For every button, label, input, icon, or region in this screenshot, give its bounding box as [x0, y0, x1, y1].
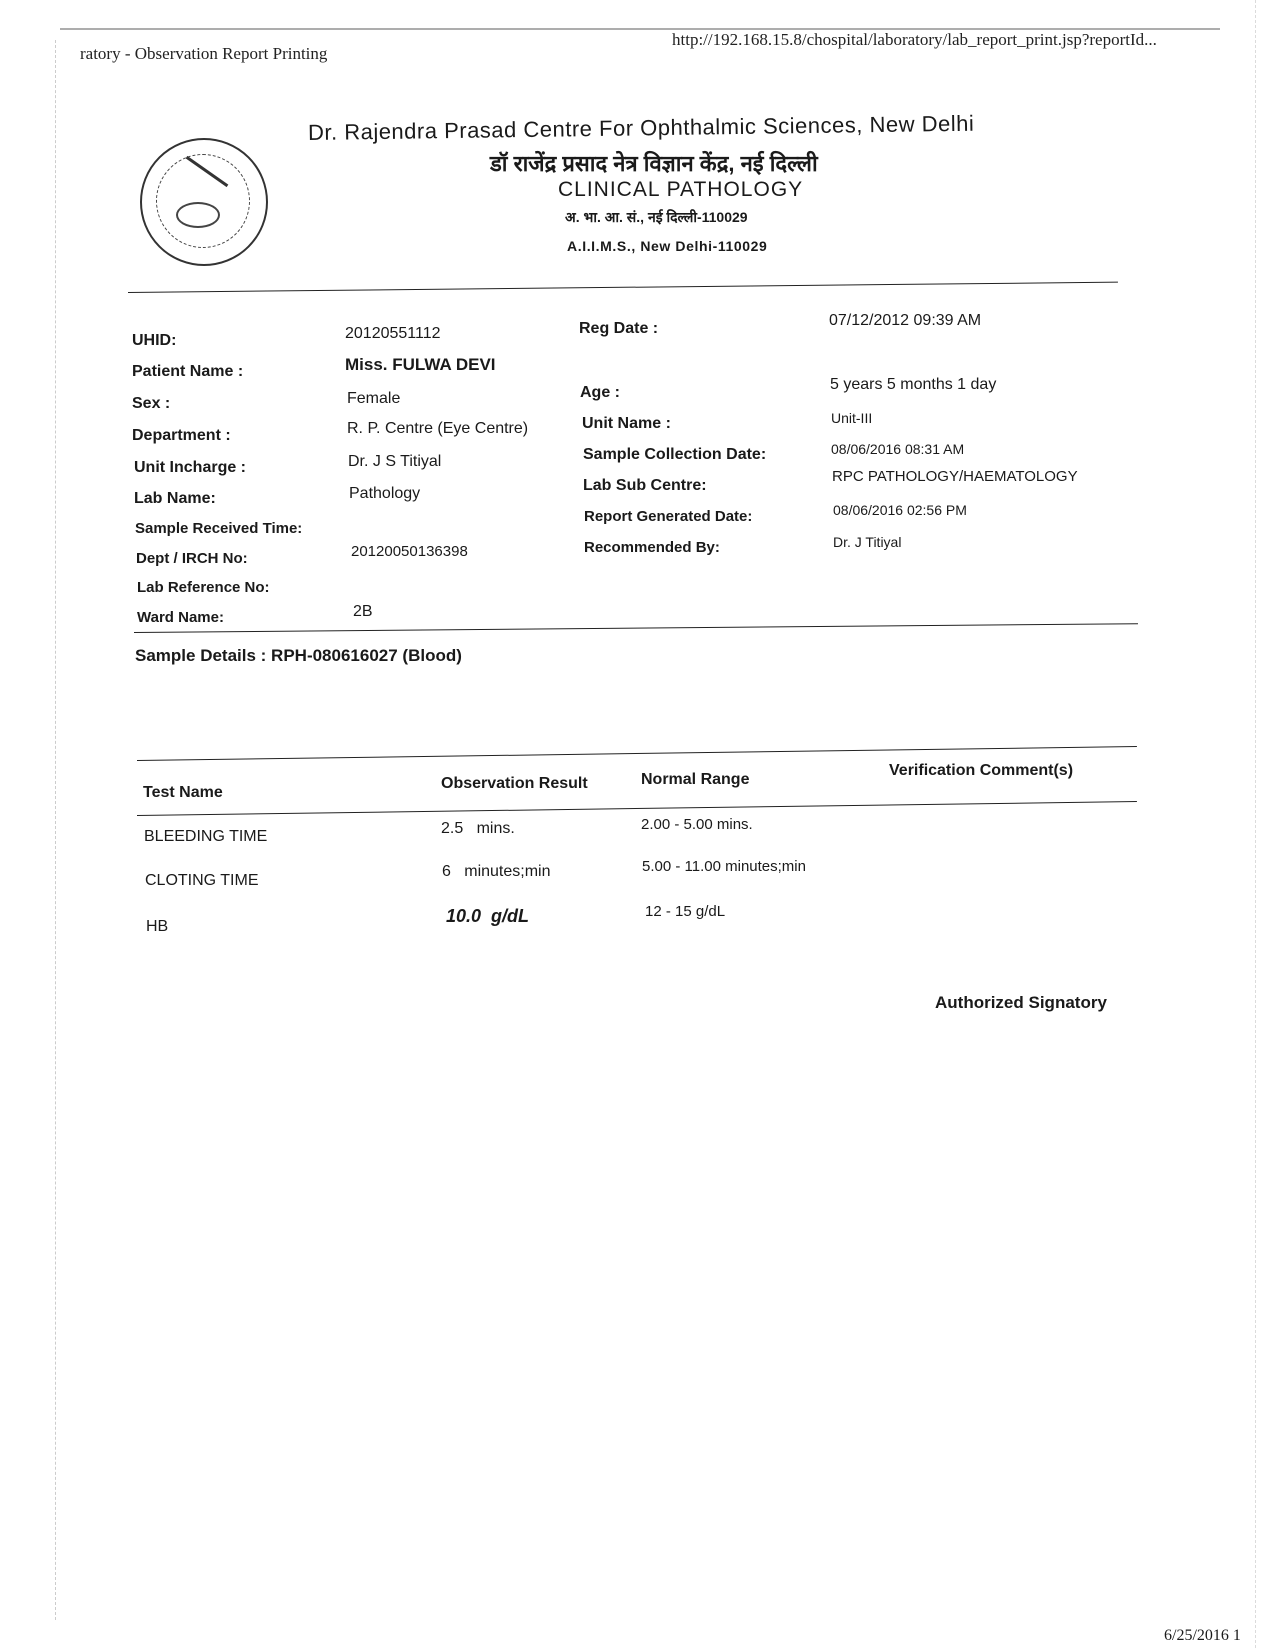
unit-incharge-value: Dr. J S Titiyal — [348, 453, 441, 471]
institute-seal-icon — [140, 138, 268, 266]
uhid-label: UHID: — [132, 332, 176, 350]
address-hindi: अ. भा. आ. सं., नई दिल्ली-110029 — [565, 208, 748, 227]
report-generated-date-label: Report Generated Date: — [584, 508, 752, 525]
test-name: BLEEDING TIME — [144, 828, 267, 846]
ward-name-value: 2B — [353, 603, 373, 621]
sex-label: Sex : — [132, 395, 170, 413]
department-value: R. P. Centre (Eye Centre) — [347, 420, 528, 438]
lab-sub-centre-label: Lab Sub Centre: — [583, 477, 707, 495]
browser-page-url: http://192.168.15.8/chospital/laboratory… — [672, 30, 1157, 50]
age-label: Age : — [580, 384, 620, 402]
sample-collection-date-label: Sample Collection Date: — [583, 446, 766, 464]
reg-date-value: 07/12/2012 09:39 AM — [829, 312, 981, 330]
normal-range: 5.00 - 11.00 minutes;min — [642, 858, 806, 875]
department-label: Department : — [132, 427, 231, 445]
normal-range: 2.00 - 5.00 mins. — [641, 816, 753, 833]
lab-sub-centre-value: RPC PATHOLOGY/HAEMATOLOGY — [832, 468, 1078, 485]
institution-name: Dr. Rajendra Prasad Centre For Ophthalmi… — [308, 111, 975, 146]
observation-result: 2.5 mins. — [441, 820, 515, 838]
uhid-value: 20120551112 — [345, 325, 441, 343]
table-top-rule — [137, 746, 1137, 761]
unit-name-value: Unit-III — [831, 410, 872, 426]
department-title: CLINICAL PATHOLOGY — [558, 178, 803, 202]
lab-reference-label: Lab Reference No: — [137, 579, 270, 596]
sex-value: Female — [347, 390, 400, 408]
dept-irch-value: 20120050136398 — [351, 543, 468, 560]
patient-info-divider — [134, 623, 1138, 633]
column-header-verification-comments: Verification Comment(s) — [889, 762, 1073, 780]
sample-received-time-label: Sample Received Time: — [135, 520, 302, 537]
sample-collection-date-value: 08/06/2016 08:31 AM — [831, 441, 964, 457]
lab-name-value: Pathology — [349, 485, 420, 503]
recommended-by-value: Dr. J Titiyal — [833, 534, 901, 550]
address: A.I.I.M.S., New Delhi-110029 — [567, 238, 767, 254]
column-header-normal-range: Normal Range — [641, 771, 749, 789]
reg-date-label: Reg Date : — [579, 320, 658, 338]
patient-name-value: Miss. FULWA DEVI — [345, 355, 496, 375]
recommended-by-label: Recommended By: — [584, 539, 720, 556]
observation-result: 6 minutes;min — [442, 863, 550, 881]
patient-name-label: Patient Name : — [132, 363, 243, 381]
institution-name-hindi: डॉ राजेंद्र प्रसाद नेत्र विज्ञान केंद्र,… — [490, 148, 818, 178]
test-name: HB — [146, 918, 168, 936]
ward-name-label: Ward Name: — [137, 609, 224, 626]
browser-page-title: ratory - Observation Report Printing — [80, 44, 327, 64]
authorized-signatory: Authorized Signatory — [935, 993, 1107, 1013]
page-left-edge — [55, 40, 58, 1620]
normal-range: 12 - 15 g/dL — [645, 903, 725, 920]
age-value: 5 years 5 months 1 day — [830, 376, 996, 394]
observation-result-abnormal: 10.0 g/dL — [446, 906, 529, 927]
report-generated-date-value: 08/06/2016 02:56 PM — [833, 502, 967, 518]
unit-incharge-label: Unit Incharge : — [134, 459, 246, 477]
column-header-test-name: Test Name — [143, 784, 223, 802]
sample-details: Sample Details : RPH-080616027 (Blood) — [135, 646, 462, 666]
dept-irch-label: Dept / IRCH No: — [136, 550, 248, 567]
unit-name-label: Unit Name : — [582, 415, 671, 433]
header-divider — [128, 282, 1118, 293]
test-name: CLOTING TIME — [145, 872, 259, 890]
print-date: 6/25/2016 1 — [1164, 1627, 1241, 1645]
column-header-observation-result: Observation Result — [441, 775, 588, 793]
lab-name-label: Lab Name: — [134, 490, 216, 508]
page-right-edge — [1255, 0, 1256, 1648]
table-header-rule — [137, 801, 1137, 816]
